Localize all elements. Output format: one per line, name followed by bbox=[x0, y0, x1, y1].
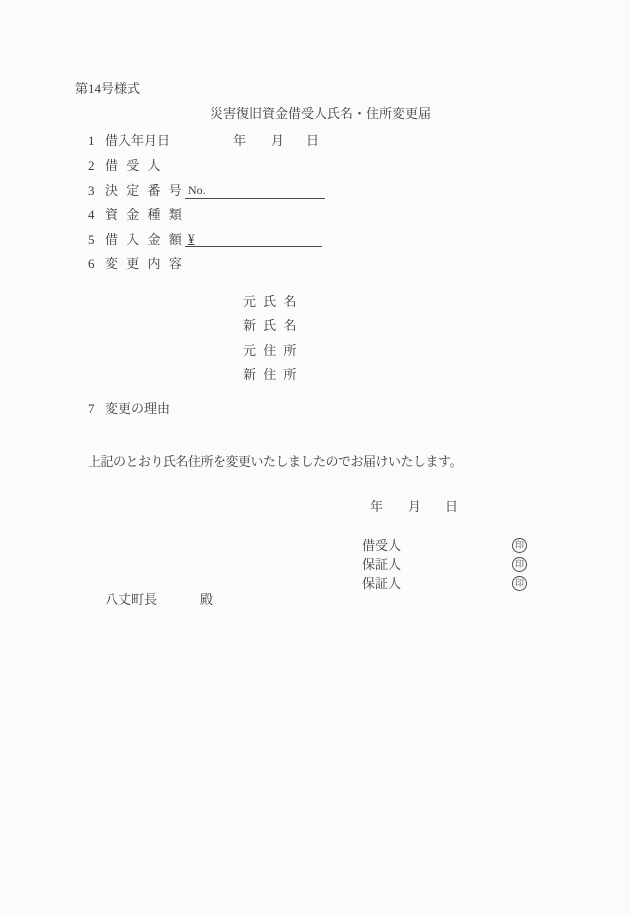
item1-month-label: 月 bbox=[271, 134, 284, 147]
seal-icon: 印 bbox=[512, 538, 527, 553]
seal-character: 印 bbox=[515, 579, 524, 588]
signer-borrower-label: 借受人 bbox=[362, 539, 401, 552]
loan-amount-blank-field: ¥ bbox=[185, 232, 322, 247]
signature-month-label: 月 bbox=[408, 500, 421, 513]
item6-label: 変 更 内 容 bbox=[105, 257, 182, 270]
seal-icon: 印 bbox=[512, 576, 527, 591]
item5-label: 借 入 金 額 bbox=[105, 233, 182, 246]
form-page: 第14号様式 災害復旧資金借受人氏名・住所変更届 1 借入年月日 年 月 日 2… bbox=[0, 0, 630, 915]
item1-label: 借入年月日 bbox=[105, 134, 170, 147]
seal-character: 印 bbox=[515, 560, 524, 569]
seal-icon: 印 bbox=[512, 557, 527, 572]
change-row-old-name: 元 氏 名 bbox=[243, 295, 297, 308]
item6-number: 6 bbox=[88, 257, 95, 270]
notification-statement: 上記のとおり氏名住所を変更いたしましたのでお届けいたします。 bbox=[88, 455, 462, 468]
item5-number: 5 bbox=[88, 233, 95, 246]
item1-year-label: 年 bbox=[233, 134, 246, 147]
item7-number: 7 bbox=[88, 402, 95, 415]
item1-day-label: 日 bbox=[306, 134, 319, 147]
change-row-new-name: 新 氏 名 bbox=[243, 319, 297, 332]
item3-label: 決 定 番 号 bbox=[105, 184, 182, 197]
item2-number: 2 bbox=[88, 159, 95, 172]
addressee-name: 八丈町長 bbox=[105, 593, 157, 606]
item4-number: 4 bbox=[88, 208, 95, 221]
item4-label: 資 金 種 類 bbox=[105, 208, 182, 221]
page-title: 災害復旧資金借受人氏名・住所変更届 bbox=[210, 107, 431, 120]
seal-character: 印 bbox=[515, 541, 524, 550]
form-number: 第14号様式 bbox=[75, 82, 140, 95]
change-row-old-address: 元 住 所 bbox=[243, 344, 297, 357]
item1-number: 1 bbox=[88, 134, 95, 147]
decision-number-prefix: No. bbox=[188, 184, 206, 196]
item3-number: 3 bbox=[88, 184, 95, 197]
loan-amount-prefix: ¥ bbox=[188, 232, 195, 245]
signature-year-label: 年 bbox=[370, 500, 383, 513]
addressee-honorific: 殿 bbox=[200, 593, 213, 606]
change-row-new-address: 新 住 所 bbox=[243, 368, 297, 381]
signer-guarantor1-label: 保証人 bbox=[362, 558, 401, 571]
signature-day-label: 日 bbox=[445, 500, 458, 513]
item2-label: 借 受 人 bbox=[105, 159, 161, 172]
signer-guarantor2-label: 保証人 bbox=[362, 577, 401, 590]
decision-number-blank-field: No. bbox=[185, 184, 325, 199]
item7-label: 変更の理由 bbox=[105, 402, 170, 415]
